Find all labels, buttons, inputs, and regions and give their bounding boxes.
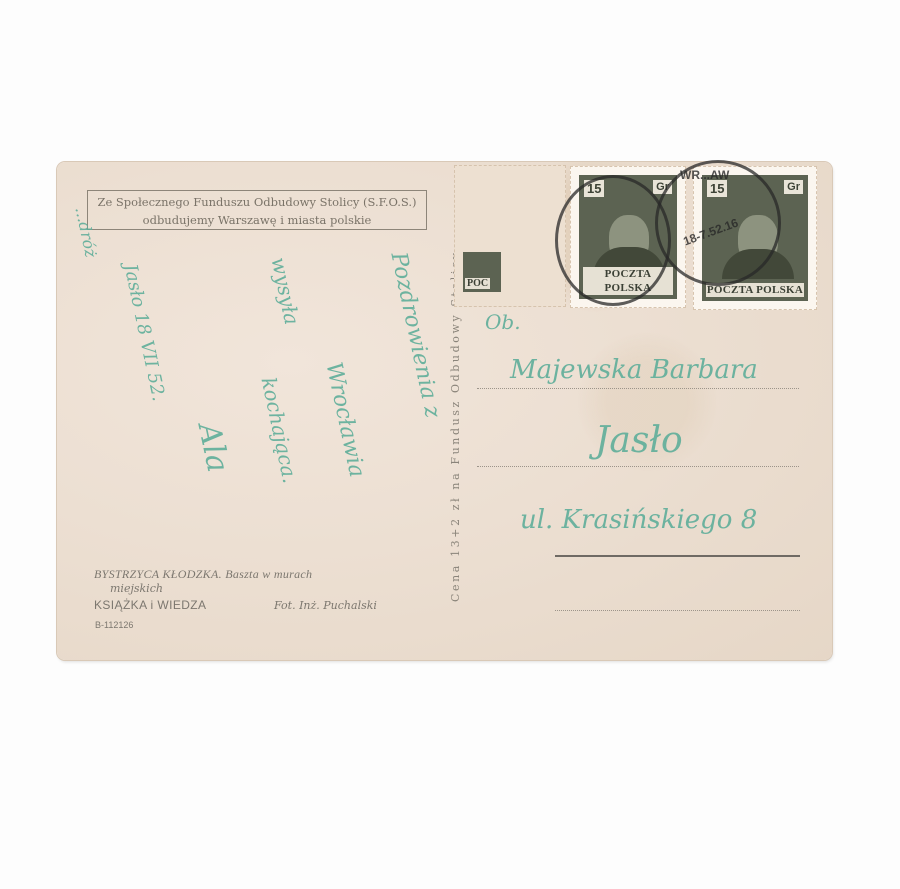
address-line-3 — [555, 555, 800, 557]
address-name: Majewska Barbara — [510, 355, 758, 385]
stamp-torn-label: POC — [465, 278, 490, 289]
postmark-circle-left — [555, 175, 671, 306]
caption-subtitle: miejskich — [110, 582, 163, 595]
sfos-line-2: odbudujemy Warszawę i miasta polskie — [88, 211, 426, 229]
address-prefix: Ob. — [485, 310, 521, 334]
sfos-header-box: Ze Społecznego Funduszu Odbudowy Stolicy… — [87, 190, 427, 230]
catalog-number: B-112126 — [95, 620, 133, 630]
publisher: KSIĄŻKA i WIEDZA — [94, 598, 206, 612]
sfos-line-1: Ze Społecznego Funduszu Odbudowy Stolicy… — [88, 193, 426, 211]
stamp-torn: POC — [454, 165, 566, 307]
address-city: Jasło — [595, 420, 683, 461]
address-line-4 — [555, 610, 800, 611]
photographer-credit: Fot. Inż. Puchalski — [274, 599, 377, 612]
caption-title: BYSTRZYCA KŁODZKA. Baszta w murach — [94, 567, 312, 582]
address-line-1 — [477, 388, 799, 389]
postmark-city: WR...AW — [680, 168, 729, 182]
stamp-3-unit: Gr — [784, 180, 803, 194]
address-street: ul. Krasińskiego 8 — [520, 505, 757, 535]
address-line-2 — [477, 466, 799, 467]
